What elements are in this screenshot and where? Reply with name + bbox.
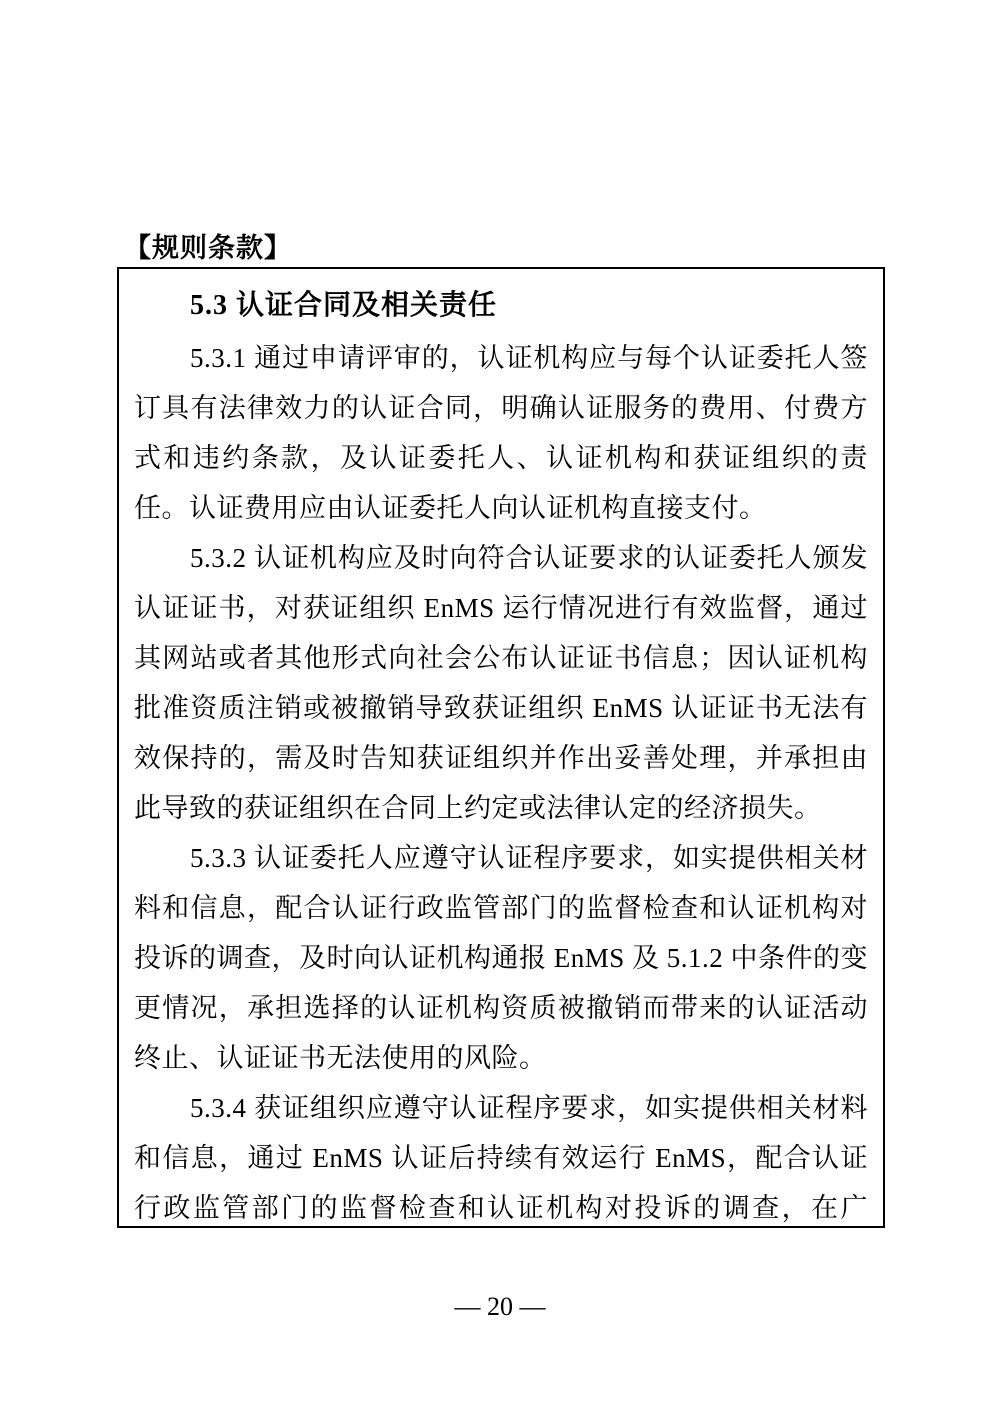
- section-heading: 【规则条款】: [124, 226, 292, 265]
- page-number: — 20 —: [0, 1292, 1000, 1322]
- clause-paragraph-5-3-1: 5.3.1 通过申请评审的，认证机构应与每个认证委托人签订具有法律效力的认证合同…: [134, 333, 868, 533]
- clause-paragraph-5-3-3: 5.3.3 认证委托人应遵守认证程序要求，如实提供相关材料和信息，配合认证行政监…: [134, 833, 868, 1083]
- clause-paragraph-5-3-4: 5.3.4 获证组织应遵守认证程序要求，如实提供相关材料和信息，通过 EnMS …: [134, 1083, 868, 1228]
- clause-title: 5.3 认证合同及相关责任: [134, 281, 868, 331]
- document-page: 【规则条款】 5.3 认证合同及相关责任 5.3.1 通过申请评审的，认证机构应…: [0, 0, 1000, 1414]
- rule-clause-box: 5.3 认证合同及相关责任 5.3.1 通过申请评审的，认证机构应与每个认证委托…: [117, 267, 885, 1228]
- clause-paragraph-5-3-2: 5.3.2 认证机构应及时向符合认证要求的认证委托人颁发认证证书，对获证组织 E…: [134, 533, 868, 833]
